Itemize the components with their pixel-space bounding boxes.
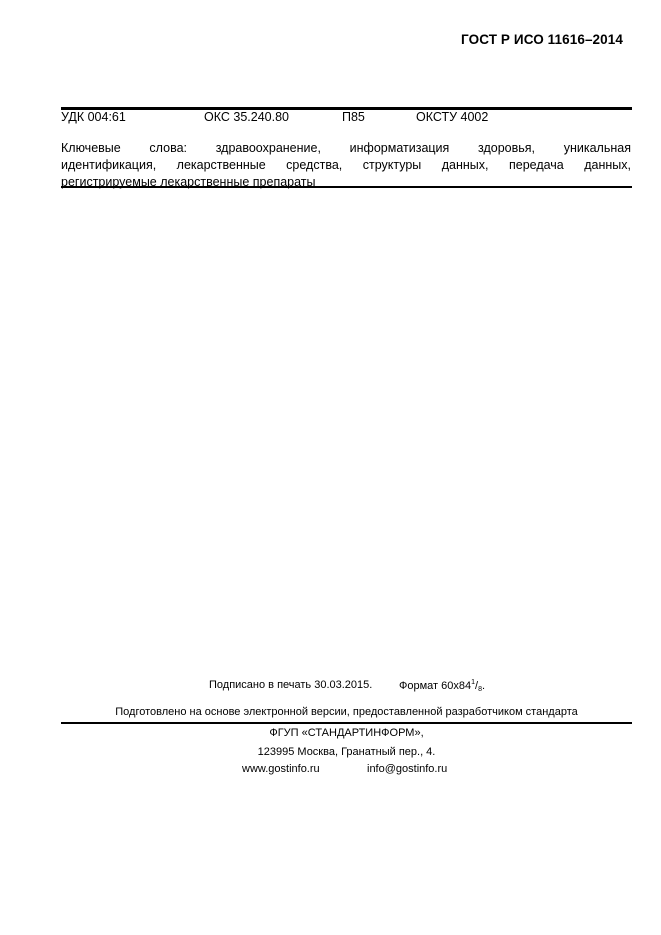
keywords-block: Ключевые слова: здравоохранение, информа… <box>61 140 631 191</box>
format-numerator: 1 <box>471 679 475 686</box>
oks-code: ОКС 35.240.80 <box>204 110 289 124</box>
website-link[interactable]: www.gostinfo.ru <box>242 763 320 775</box>
signed-for-print: Подписано в печать 30.03.2015. <box>209 679 372 691</box>
udk-code: УДК 004:61 <box>61 110 126 124</box>
format-suffix: . <box>482 680 485 692</box>
format-label: Формат 60x84 <box>399 680 471 692</box>
keywords-divider <box>61 186 632 188</box>
imprint-divider <box>61 722 632 724</box>
keywords-line: регистрируемые лекарственные препараты <box>61 174 631 191</box>
keywords-line: идентификация, лекарственные средства, с… <box>61 157 631 174</box>
publisher-name: ФГУП «СТАНДАРТИНФОРМ», <box>0 727 661 739</box>
email-link[interactable]: info@gostinfo.ru <box>367 763 447 775</box>
standard-number: ГОСТ Р ИСО 11616–2014 <box>461 32 623 47</box>
keywords-line: Ключевые слова: здравоохранение, информа… <box>61 140 631 157</box>
paper-format: Формат 60x841/8. <box>399 679 485 693</box>
publisher-address: 123995 Москва, Гранатный пер., 4. <box>0 746 661 758</box>
prepared-note: Подготовлено на основе электронной верси… <box>0 706 661 718</box>
p-code: П85 <box>342 110 365 124</box>
okstu-code: ОКСТУ 4002 <box>416 110 488 124</box>
